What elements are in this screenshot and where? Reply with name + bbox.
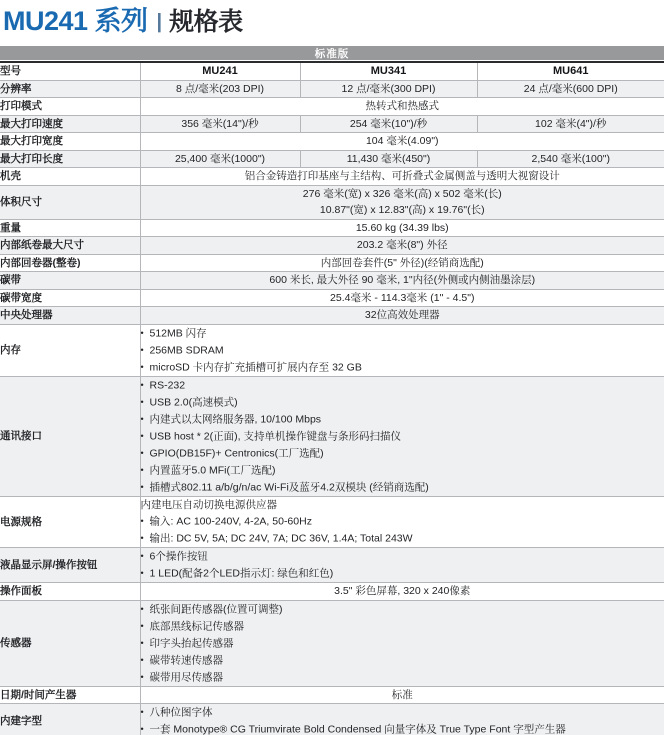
value-bullet-line: •1 LED(配备2个LED指示灯: 绿色和红色): [141, 565, 664, 582]
value-cell-list: 内建电压自动切换电源供应器•输入: AC 100-240V, 4-2A, 50-…: [140, 496, 664, 548]
edition-band-label: 标准版: [315, 46, 350, 61]
value-cell-span: 600 米长, 最大外径 90 毫米, 1"内径(外侧或内侧油墨涂层): [140, 272, 664, 290]
value-cell-span: 25.4毫米 - 114.3毫米 (1" - 4.5"): [140, 289, 664, 307]
value-bullet-line: •512MB 闪存: [141, 325, 664, 342]
bullet-text: 纸张间距传感器(位置可调整): [150, 603, 283, 615]
value-bullet-line: •输入: AC 100-240V, 4-2A, 50-60Hz: [141, 513, 664, 530]
value-bullet-line: •USB 2.0(高速模式): [141, 394, 664, 411]
bullet-icon: •: [141, 601, 150, 618]
value-bullet-line: •GPIO(DB15F)+ Centronics(工厂选配): [141, 445, 664, 462]
value-cell-list: •八种位图字体•一套 Monotype® CG Triumvirate Bold…: [140, 704, 664, 735]
value-bullet-line: •USB host * 2(正面), 支持单机操作键盘与条形码扫描仪: [141, 428, 664, 445]
value-cell: 102 毫米(4")/秒: [477, 115, 664, 133]
table-row: 内部回卷器(整卷)内部回卷套件(5" 外径)(经销商选配): [0, 254, 664, 272]
bullet-icon: •: [141, 394, 150, 411]
value-bullet-line: •纸张间距传感器(位置可调整): [141, 601, 664, 618]
table-row: 机壳铝合金铸造打印基座与主结构、可折叠式金属侧盖与透明大视窗设计: [0, 168, 664, 186]
bullet-text: 八种位图字体: [150, 707, 213, 719]
page-title: MU241 系列|规格表: [0, 0, 664, 46]
bullet-text: 插槽式802.11 a/b/g/n/ac Wi-Fi及蓝牙4.2双模块 (经销商…: [150, 481, 429, 493]
table-row: 液晶显示屏/操作按钮•6个操作按钮•1 LED(配备2个LED指示灯: 绿色和红…: [0, 548, 664, 583]
value-cell-span: 内部回卷套件(5" 外径)(经销商选配): [140, 254, 664, 272]
value-line: 内建电压自动切换电源供应器: [141, 497, 664, 514]
row-label: 内建字型: [0, 704, 140, 735]
value-bullet-line: •一套 Monotype® CG Triumvirate Bold Conden…: [141, 721, 664, 735]
edition-band: 标准版: [0, 46, 664, 60]
bullet-icon: •: [141, 704, 150, 721]
bullet-icon: •: [141, 565, 150, 582]
bullet-icon: •: [141, 411, 150, 428]
bullet-text: 256MB SDRAM: [150, 344, 224, 356]
bullet-text: GPIO(DB15F)+ Centronics(工厂选配): [150, 447, 324, 459]
table-row: 内存•512MB 闪存•256MB SDRAM•microSD 卡内存扩充插槽可…: [0, 324, 664, 376]
value-bullet-line: •碳带转速传感器: [141, 652, 664, 669]
row-label: 最大打印速度: [0, 115, 140, 133]
table-row: 碳带600 米长, 最大外径 90 毫米, 1"内径(外侧或内侧油墨涂层): [0, 272, 664, 290]
value-bullet-line: •内建式以太网络服务器, 10/100 Mbps: [141, 411, 664, 428]
row-label: 操作面板: [0, 583, 140, 601]
table-row: 电源规格内建电压自动切换电源供应器•输入: AC 100-240V, 4-2A,…: [0, 496, 664, 548]
value-cell: 12 点/毫米(300 DPI): [300, 80, 477, 98]
value-bullet-line: •插槽式802.11 a/b/g/n/ac Wi-Fi及蓝牙4.2双模块 (经销…: [141, 479, 664, 496]
table-row: 最大打印速度356 毫米(14")/秒254 毫米(10")/秒102 毫米(4…: [0, 115, 664, 133]
value-cell: 11,430 毫米(450"): [300, 150, 477, 168]
bullet-text: microSD 卡内存扩充插槽可扩展内存至 32 GB: [150, 361, 362, 373]
value-bullet-line: •256MB SDRAM: [141, 342, 664, 359]
row-label: 内存: [0, 324, 140, 376]
bullet-text: 一套 Monotype® CG Triumvirate Bold Condens…: [150, 724, 566, 735]
bullet-text: 输入: AC 100-240V, 4-2A, 50-60Hz: [150, 516, 312, 528]
bullet-icon: •: [141, 513, 150, 530]
value-cell-list: •512MB 闪存•256MB SDRAM•microSD 卡内存扩充插槽可扩展…: [140, 324, 664, 376]
bullet-text: USB 2.0(高速模式): [150, 396, 238, 408]
row-label: 日期/时间产生器: [0, 686, 140, 704]
bullet-icon: •: [141, 548, 150, 565]
value-bullet-line: •内置蓝牙5.0 MFi(工厂选配): [141, 462, 664, 479]
table-row: 分辨率8 点/毫米(203 DPI)12 点/毫米(300 DPI)24 点/毫…: [0, 80, 664, 98]
row-label: 重量: [0, 219, 140, 237]
row-label: 最大打印宽度: [0, 133, 140, 151]
value-bullet-line: •6个操作按钮: [141, 548, 664, 565]
value-cell-span: 104 毫米(4.09"): [140, 133, 664, 151]
table-row: 体积尺寸276 毫米(宽) x 326 毫米(高) x 502 毫米(长)10.…: [0, 185, 664, 219]
table-row: 碳带宽度25.4毫米 - 114.3毫米 (1" - 4.5"): [0, 289, 664, 307]
value-cell: 2,540 毫米(100"): [477, 150, 664, 168]
row-label: 内部回卷器(整卷): [0, 254, 140, 272]
value-line: 276 毫米(宽) x 326 毫米(高) x 502 毫米(长): [141, 186, 664, 203]
table-row: 操作面板3.5" 彩色屏幕, 320 x 240像素: [0, 583, 664, 601]
row-label: 电源规格: [0, 496, 140, 548]
table-row: 内建字型•八种位图字体•一套 Monotype® CG Triumvirate …: [0, 704, 664, 735]
bullet-icon: •: [141, 359, 150, 376]
row-label: 内部纸卷最大尺寸: [0, 237, 140, 255]
bullet-icon: •: [141, 479, 150, 496]
bullet-icon: •: [141, 721, 150, 735]
value-cell-span: 标准: [140, 686, 664, 704]
value-bullet-line: •microSD 卡内存扩充插槽可扩展内存至 32 GB: [141, 359, 664, 376]
row-label: 碳带宽度: [0, 289, 140, 307]
bullet-icon: •: [141, 377, 150, 394]
bullet-icon: •: [141, 530, 150, 547]
bullet-text: 内置蓝牙5.0 MFi(工厂选配): [150, 464, 276, 476]
bullet-icon: •: [141, 669, 150, 686]
bullet-icon: •: [141, 428, 150, 445]
bullet-text: 底部黑线标记传感器: [150, 620, 245, 632]
bullet-text: 内建式以太网络服务器, 10/100 Mbps: [150, 413, 322, 425]
value-bullet-line: •输出: DC 5V, 5A; DC 24V, 7A; DC 36V, 1.4A…: [141, 530, 664, 547]
value-cell: MU641: [477, 62, 664, 80]
value-bullet-line: •印字头抬起传感器: [141, 635, 664, 652]
value-cell-span: 铝合金铸造打印基座与主结构、可折叠式金属侧盖与透明大视窗设计: [140, 168, 664, 186]
value-line: 10.87"(宽) x 12.83"(高) x 19.76"(长): [141, 202, 664, 219]
bullet-text: RS-232: [150, 379, 186, 391]
table-row: 传感器•纸张间距传感器(位置可调整)•底部黑线标记传感器•印字头抬起传感器•碳带…: [0, 600, 664, 686]
row-label: 传感器: [0, 600, 140, 686]
bullet-text: 印字头抬起传感器: [150, 637, 234, 649]
value-cell: 24 点/毫米(600 DPI): [477, 80, 664, 98]
page-title-suffix: 规格表: [169, 8, 243, 36]
value-bullet-line: •RS-232: [141, 377, 664, 394]
bullet-icon: •: [141, 462, 150, 479]
row-label: 型号: [0, 62, 140, 80]
row-label: 液晶显示屏/操作按钮: [0, 548, 140, 583]
row-label: 中央处理器: [0, 307, 140, 325]
bullet-text: 碳带用尽传感器: [150, 671, 224, 683]
table-row: 日期/时间产生器标准: [0, 686, 664, 704]
row-label: 最大打印长度: [0, 150, 140, 168]
bullet-icon: •: [141, 325, 150, 342]
value-cell: 25,400 毫米(1000"): [140, 150, 300, 168]
value-cell: 8 点/毫米(203 DPI): [140, 80, 300, 98]
spec-sheet-page: MU241 系列|规格表 标准版 型号MU241MU341MU641分辨率8 点…: [0, 0, 664, 735]
table-row: 通讯接口•RS-232•USB 2.0(高速模式)•内建式以太网络服务器, 10…: [0, 376, 664, 496]
bullet-icon: •: [141, 445, 150, 462]
spec-table-body: 型号MU241MU341MU641分辨率8 点/毫米(203 DPI)12 点/…: [0, 62, 664, 735]
value-cell-span: 32位高效处理器: [140, 307, 664, 325]
bullet-text: USB host * 2(正面), 支持单机操作键盘与条形码扫描仪: [150, 430, 401, 442]
row-label: 碳带: [0, 272, 140, 290]
table-row: 中央处理器32位高效处理器: [0, 307, 664, 325]
bullet-text: 碳带转速传感器: [150, 654, 224, 666]
table-row: 最大打印宽度104 毫米(4.09"): [0, 133, 664, 151]
value-cell-span: 203.2 毫米(8") 外径: [140, 237, 664, 255]
value-cell: 254 毫米(10")/秒: [300, 115, 477, 133]
bullet-icon: •: [141, 342, 150, 359]
value-cell: 356 毫米(14")/秒: [140, 115, 300, 133]
value-cell-span: 15.60 kg (34.39 lbs): [140, 219, 664, 237]
spec-table: 型号MU241MU341MU641分辨率8 点/毫米(203 DPI)12 点/…: [0, 61, 664, 735]
value-bullet-line: •底部黑线标记传感器: [141, 618, 664, 635]
table-row: 型号MU241MU341MU641: [0, 62, 664, 80]
row-label: 打印模式: [0, 98, 140, 116]
page-title-model: MU241 系列: [3, 6, 148, 36]
value-cell-list: •6个操作按钮•1 LED(配备2个LED指示灯: 绿色和红色): [140, 548, 664, 583]
bullet-text: 输出: DC 5V, 5A; DC 24V, 7A; DC 36V, 1.4A;…: [150, 533, 413, 545]
table-row: 重量15.60 kg (34.39 lbs): [0, 219, 664, 237]
value-cell-span: 3.5" 彩色屏幕, 320 x 240像素: [140, 583, 664, 601]
bullet-icon: •: [141, 618, 150, 635]
value-cell-span: 热转式和热感式: [140, 98, 664, 116]
row-label: 机壳: [0, 168, 140, 186]
value-cell-span: 276 毫米(宽) x 326 毫米(高) x 502 毫米(长)10.87"(…: [140, 185, 664, 219]
value-cell: MU241: [140, 62, 300, 80]
value-bullet-line: •碳带用尽传感器: [141, 669, 664, 686]
title-separator: |: [157, 11, 163, 33]
bullet-text: 6个操作按钮: [150, 551, 208, 563]
bullet-text: 1 LED(配备2个LED指示灯: 绿色和红色): [150, 568, 334, 580]
table-row: 内部纸卷最大尺寸203.2 毫米(8") 外径: [0, 237, 664, 255]
row-label: 分辨率: [0, 80, 140, 98]
value-cell-list: •纸张间距传感器(位置可调整)•底部黑线标记传感器•印字头抬起传感器•碳带转速传…: [140, 600, 664, 686]
value-cell-list: •RS-232•USB 2.0(高速模式)•内建式以太网络服务器, 10/100…: [140, 376, 664, 496]
value-bullet-line: •八种位图字体: [141, 704, 664, 721]
table-row: 最大打印长度25,400 毫米(1000")11,430 毫米(450")2,5…: [0, 150, 664, 168]
table-row: 打印模式热转式和热感式: [0, 98, 664, 116]
bullet-text: 512MB 闪存: [150, 327, 207, 339]
bullet-icon: •: [141, 652, 150, 669]
row-label: 通讯接口: [0, 376, 140, 496]
value-cell: MU341: [300, 62, 477, 80]
row-label: 体积尺寸: [0, 185, 140, 219]
bullet-icon: •: [141, 635, 150, 652]
